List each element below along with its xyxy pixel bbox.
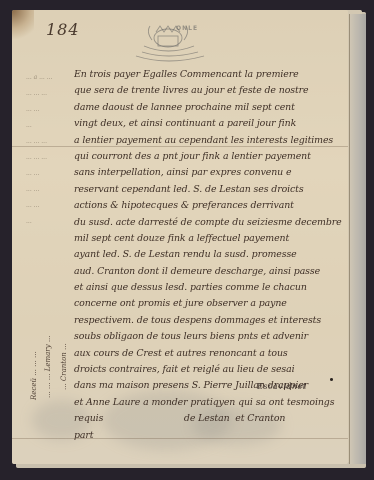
- text-line: reservant cependant led. S. de Lestan se…: [74, 182, 348, 198]
- margin-note: ... ...: [26, 102, 71, 118]
- faded-margin-notes: ... a ... ... ... ... ... ... ... ... ..…: [26, 70, 71, 230]
- text-line: soubs obligaon de tous leurs biens pnts …: [74, 329, 348, 345]
- text-line: respectivem. de tous despens dommages et…: [74, 313, 348, 329]
- margin-note: ... ...: [26, 198, 71, 214]
- text-line: En trois payer Egalles Commencant la pre…: [74, 67, 348, 83]
- text-line: droicts contraires, fait et reiglé au li…: [74, 362, 348, 378]
- margin-note: ... a ... ...: [26, 70, 71, 86]
- margin-note: ... ...: [26, 166, 71, 182]
- margin-note: ...: [26, 118, 71, 134]
- text-line: aud. Cranton dont il demeure descharge, …: [74, 264, 348, 280]
- signature-flourish: [330, 378, 333, 381]
- text-line: requis de Lestan et Cranton: [74, 411, 348, 427]
- text-line: part: [74, 428, 348, 444]
- margin-note: ... ... ...: [26, 150, 71, 166]
- page-stack-edge: [349, 14, 366, 464]
- seal-icon: [122, 22, 218, 64]
- text-line: vingt deux, et ainsi continuant a pareil…: [74, 116, 348, 132]
- folio-number: 184: [46, 20, 80, 39]
- text-line: et ainsi que dessus lesd. parties comme …: [74, 280, 348, 296]
- margin-note: ... ... ...: [26, 134, 71, 150]
- vertical-note: ... Cranton ...: [60, 343, 68, 390]
- text-line: aux cours de Crest et autres renoncant a…: [74, 346, 348, 362]
- text-line: sans interpellation, ainsi par expres co…: [74, 165, 348, 181]
- manuscript-page: 184 ONLE ... a ... ... ... ... ... ... .…: [12, 10, 348, 464]
- text-line: actions & hipotecques & preferances derr…: [74, 198, 348, 214]
- text-line: du susd. acte darresté de compte du seiz…: [74, 215, 348, 231]
- text-line: qui courront des a pnt jour fink a lenti…: [74, 149, 348, 165]
- stamp-text: ONLE: [176, 25, 198, 32]
- notary-signature: Escavidnet: [257, 382, 307, 391]
- vertical-note: Receü ... ... ...: [30, 351, 38, 400]
- text-line: ayant led. S. de Lestan rendu la susd. p…: [74, 247, 348, 263]
- vertical-margin-notes: Receü ... ... ... ... ... ... Lemary ...…: [28, 280, 76, 400]
- text-line: a lentier payement au cependant les inte…: [74, 133, 348, 149]
- page-corner-damage: [12, 10, 34, 40]
- text-line: concerne ont promis et jure observer a p…: [74, 296, 348, 312]
- text-line: dame daoust de lannee prochaine mil sept…: [74, 100, 348, 116]
- margin-note: ...: [26, 214, 71, 230]
- text-line: et Anne Laure a monder pratiqyen qui sa …: [74, 395, 348, 411]
- vertical-note: ... ... ... Lemary ...: [44, 335, 52, 398]
- text-line: mil sept cent douze fink a leffectuel pa…: [74, 231, 348, 247]
- tax-stamp: ONLE: [122, 22, 218, 64]
- margin-note: ... ...: [26, 182, 71, 198]
- margin-note: ... ... ...: [26, 86, 71, 102]
- text-line: que sera de trente livres au jour et fes…: [74, 83, 348, 99]
